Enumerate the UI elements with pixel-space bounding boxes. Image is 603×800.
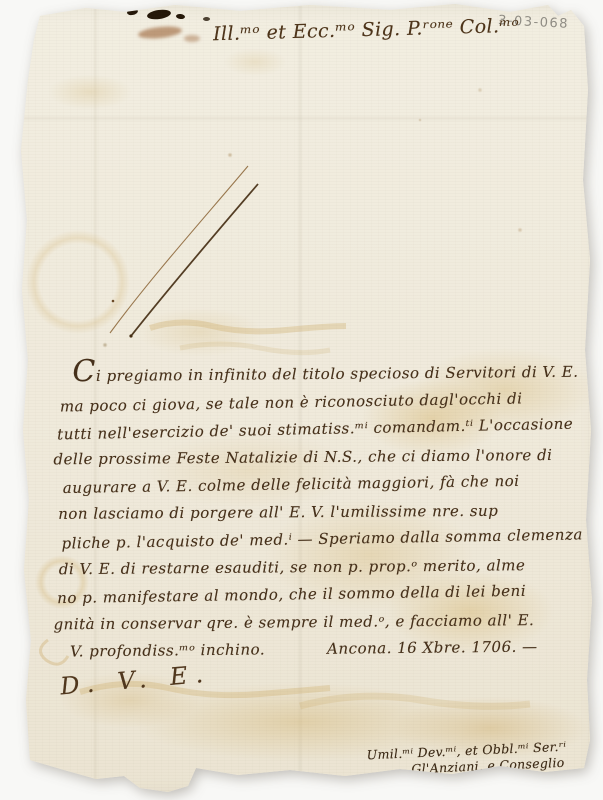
ink-dot xyxy=(112,300,115,303)
bleedthrough-mark xyxy=(300,696,530,706)
ink-speck xyxy=(126,8,138,16)
closing-row: V. profondiss.ᵐᵒ inchino.Ancona. 16 Xbre… xyxy=(70,638,538,661)
diagonal-pen-stroke xyxy=(131,184,258,336)
diagonal-pen-stroke xyxy=(110,166,248,333)
letter-body: Ci pregiamo in infinito del titolo speci… xyxy=(56,357,579,639)
ink-dot xyxy=(129,334,132,337)
bleedthrough-flourish xyxy=(40,640,68,664)
diagonal-pen-stroke xyxy=(131,184,258,336)
bleedthrough-mark xyxy=(150,322,346,331)
letter-page: 3-03-068 Ill.ᵐᵒ et Ecc.ᵐᵒ Sig. P.ʳᵒⁿᵉ Co… xyxy=(0,0,603,800)
ink-speck xyxy=(146,8,171,20)
bleedthrough-mark xyxy=(180,344,330,353)
rust-smear xyxy=(138,25,183,41)
manuscript-line: gnità in conservar qre. è sempre il med.… xyxy=(53,606,579,638)
scan-background: 3-03-068 Ill.ᵐᵒ et Ecc.ᵐᵒ Sig. P.ʳᵒⁿᵉ Co… xyxy=(0,0,603,800)
paper-shadow: 3-03-068 Ill.ᵐᵒ et Ecc.ᵐᵒ Sig. P.ʳᵒⁿᵉ Co… xyxy=(0,0,603,800)
place-date: Ancona. 16 Xbre. 1706. — xyxy=(327,638,538,658)
ink-speck xyxy=(203,17,210,21)
scanned-manuscript-page: { "scan": { "catalog_number": "3-03-068"… xyxy=(0,0,603,800)
salutation-line: Ill.ᵐᵒ et Ecc.ᵐᵒ Sig. P.ʳᵒⁿᵉ Col.ᵐᵒ xyxy=(213,15,520,46)
valediction: D. V. E. xyxy=(59,659,212,700)
closing-formula: V. profondiss.ᵐᵒ inchino. xyxy=(70,640,265,660)
ink-speck xyxy=(176,14,185,20)
signature-block: Umil.ᵐⁱ Dev.ᵐⁱ, et Obbl.ᵐⁱ Ser.ʳⁱ Gl'Anz… xyxy=(367,739,568,780)
rust-smear xyxy=(184,35,200,42)
